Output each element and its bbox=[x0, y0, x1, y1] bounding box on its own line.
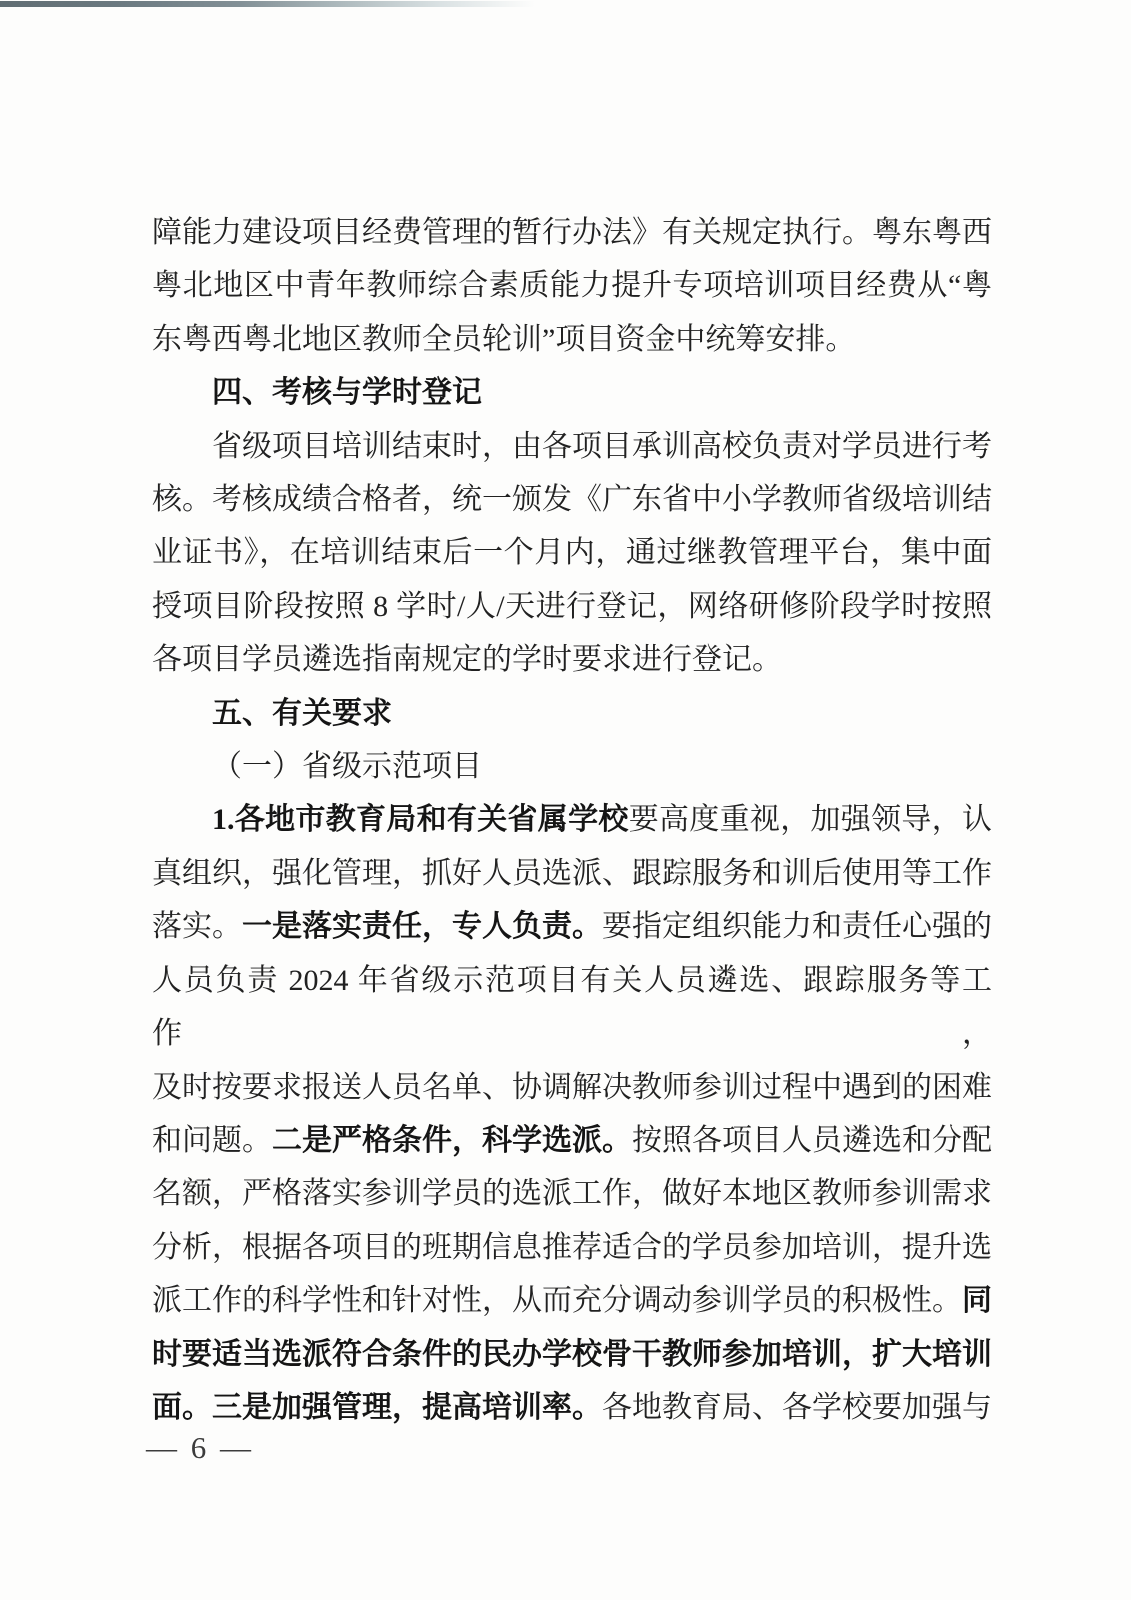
text-line: 真组织，强化管理，抓好人员选派、跟踪服务和训后使用等工作 bbox=[152, 847, 992, 900]
text-line: 授项目阶段按照 8 学时/人/天进行登记，网络研修阶段学时按照 bbox=[152, 580, 992, 633]
text-line: 派工作的科学性和针对性，从而充分调动参训学员的积极性。同 bbox=[152, 1274, 992, 1327]
text-segment: 名额，严格落实参训学员的选派工作，做好本地区教师参训需求 bbox=[152, 1177, 992, 1210]
bold-text-segment: 时要适当选派符合条件的民办学校骨干教师参加培训，扩大培训 bbox=[152, 1338, 992, 1371]
text-line: 时要适当选派符合条件的民办学校骨干教师参加培训，扩大培训 bbox=[152, 1328, 992, 1381]
bold-text-segment: 二是严格条件，科学选派。 bbox=[272, 1124, 632, 1157]
text-segment: 各项目学员遴选指南规定的学时要求进行登记。 bbox=[152, 643, 782, 676]
text-segment: 要指定组织能力和责任心强的 bbox=[602, 910, 992, 943]
text-segment: 落实。 bbox=[152, 910, 242, 943]
text-segment: （一）省级示范项目 bbox=[212, 750, 482, 783]
text-line: 业证书》，在培训结束后一个月内，通过继教管理平台，集中面 bbox=[152, 526, 992, 579]
text-line: 及时按要求报送人员名单、协调解决教师参训过程中遇到的困难 bbox=[152, 1061, 992, 1114]
text-line: （一）省级示范项目 bbox=[152, 740, 992, 793]
text-segment: 真组织，强化管理，抓好人员选派、跟踪服务和训后使用等工作 bbox=[152, 857, 992, 890]
scan-artifact-streak bbox=[0, 1, 535, 7]
text-segment: 省级项目培训结束时，由各项目承训高校负责对学员进行考 bbox=[212, 430, 992, 463]
text-line: 名额，严格落实参训学员的选派工作，做好本地区教师参训需求 bbox=[152, 1167, 992, 1220]
text-line: 障能力建设项目经费管理的暂行办法》有关规定执行。粤东粤西 bbox=[152, 206, 992, 259]
text-line: 核。考核成绩合格者，统一颁发《广东省中小学教师省级培训结 bbox=[152, 473, 992, 526]
text-line: 面。三是加强管理，提高培训率。各地教育局、各学校要加强与 bbox=[152, 1381, 992, 1434]
section-heading-line: 四、考核与学时登记 bbox=[152, 366, 992, 419]
document-page: 障能力建设项目经费管理的暂行办法》有关规定执行。粤东粤西粤北地区中青年教师综合素… bbox=[0, 0, 1131, 1600]
text-segment: 粤北地区中青年教师综合素质能力提升专项培训项目经费从“粤 bbox=[152, 269, 992, 302]
text-line: 和问题。二是严格条件，科学选派。按照各项目人员遴选和分配 bbox=[152, 1114, 992, 1167]
bold-text-segment: 面。三是加强管理，提高培训率。 bbox=[152, 1391, 602, 1424]
bold-text-segment: 一是落实责任，专人负责。 bbox=[242, 910, 602, 943]
text-segment: 分析，根据各项目的班期信息推荐适合的学员参加培训，提升选 bbox=[152, 1231, 992, 1264]
text-segment: 东粤西粤北地区教师全员轮训”项目资金中统筹安排。 bbox=[152, 323, 855, 356]
text-line: 各项目学员遴选指南规定的学时要求进行登记。 bbox=[152, 633, 992, 686]
text-line: 落实。一是落实责任，专人负责。要指定组织能力和责任心强的 bbox=[152, 900, 992, 953]
bold-text-segment: 五、有关要求 bbox=[212, 696, 392, 731]
text-segment: 和问题。 bbox=[152, 1124, 272, 1157]
text-segment: 派工作的科学性和针对性，从而充分调动参训学员的积极性。 bbox=[152, 1284, 962, 1317]
page-number: — 6 — bbox=[146, 1430, 254, 1466]
text-line: 人员负责 2024 年省级示范项目有关人员遴选、跟踪服务等工作， bbox=[152, 954, 992, 1061]
text-segment: 人员负责 2024 年省级示范项目有关人员遴选、跟踪服务等工作， bbox=[152, 964, 992, 1050]
text-line: 省级项目培训结束时，由各项目承训高校负责对学员进行考 bbox=[152, 420, 992, 473]
text-segment: 障能力建设项目经费管理的暂行办法》有关规定执行。粤东粤西 bbox=[152, 216, 992, 249]
text-segment: 各地教育局、各学校要加强与 bbox=[602, 1391, 992, 1424]
bold-text-segment: 1.各地市教育局和有关省属学校 bbox=[212, 803, 629, 836]
text-segment: 及时按要求报送人员名单、协调解决教师参训过程中遇到的困难 bbox=[152, 1071, 992, 1104]
bold-text-segment: 同 bbox=[962, 1284, 992, 1317]
text-segment: 授项目阶段按照 8 学时/人/天进行登记，网络研修阶段学时按照 bbox=[152, 590, 992, 623]
text-segment: 业证书》，在培训结束后一个月内，通过继教管理平台，集中面 bbox=[152, 536, 992, 569]
section-heading-line: 五、有关要求 bbox=[152, 687, 992, 740]
text-line: 1.各地市教育局和有关省属学校要高度重视，加强领导，认 bbox=[152, 793, 992, 846]
text-segment: 按照各项目人员遴选和分配 bbox=[632, 1124, 992, 1157]
text-line: 粤北地区中青年教师综合素质能力提升专项培训项目经费从“粤 bbox=[152, 259, 992, 312]
text-line: 分析，根据各项目的班期信息推荐适合的学员参加培训，提升选 bbox=[152, 1221, 992, 1274]
text-segment: 要高度重视，加强领导，认 bbox=[629, 803, 992, 836]
text-segment: 核。考核成绩合格者，统一颁发《广东省中小学教师省级培训结 bbox=[152, 483, 992, 516]
text-block: 障能力建设项目经费管理的暂行办法》有关规定执行。粤东粤西粤北地区中青年教师综合素… bbox=[152, 206, 992, 1434]
bold-text-segment: 四、考核与学时登记 bbox=[212, 375, 482, 410]
text-line: 东粤西粤北地区教师全员轮训”项目资金中统筹安排。 bbox=[152, 313, 992, 366]
